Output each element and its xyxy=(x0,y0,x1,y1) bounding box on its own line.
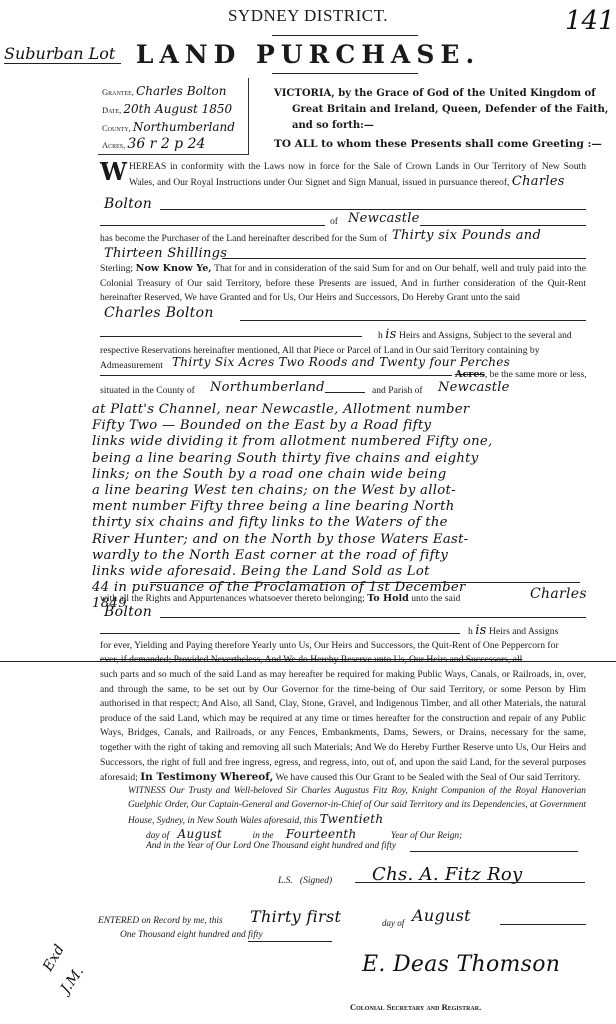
his-hand: is xyxy=(475,623,486,638)
year-line: And in the Year of Our Lord One Thousand… xyxy=(146,841,396,851)
day-hand: Twentieth xyxy=(320,812,384,826)
reserve-text: such parts and so much of the said Land … xyxy=(100,669,586,783)
preamble-line-3: and so forth:— xyxy=(274,118,608,134)
holder-hand-2: Bolton xyxy=(104,604,152,620)
fill-line xyxy=(248,941,332,942)
fill-line xyxy=(100,375,452,376)
fill-line xyxy=(100,633,460,634)
greeting: TO ALL to whom these Presents shall come… xyxy=(274,138,602,150)
description-line: a line bearing West ten chains; on the W… xyxy=(92,483,592,499)
entered-label: ENTERED on Record by me, this xyxy=(98,916,223,926)
fill-line xyxy=(240,320,586,321)
fill-line xyxy=(355,882,585,883)
grantee-hand: Charles Bolton xyxy=(104,305,214,321)
description-line: at Platt's Channel, near Newcastle, Allo… xyxy=(92,402,592,418)
of-label: of xyxy=(330,215,338,230)
summary-box: Grantee, Charles Bolton Date, 20th Augus… xyxy=(98,78,249,155)
margin-initials-2: J.M. xyxy=(58,964,88,997)
grantee-value: Charles Bolton xyxy=(136,84,226,98)
area-hand: Thirty Six Acres Two Roods and Twenty fo… xyxy=(172,355,510,369)
heirs-line: h is Heirs and Assigns, Subject to the s… xyxy=(378,328,572,344)
registrar-title: Colonial Secretary and Registrar. xyxy=(350,1002,481,1012)
purchaser-hand-2: Bolton xyxy=(104,196,152,212)
divider xyxy=(272,73,418,74)
fill-line xyxy=(100,225,325,226)
description-line: Fifty Two — Bounded on the East by a Roa… xyxy=(92,418,592,434)
preamble: VICTORIA, by the Grace of God of the Uni… xyxy=(274,86,608,134)
entered-day-of: day of xyxy=(382,918,404,928)
entered-year: One Thousand eight hundred and fifty xyxy=(120,930,263,940)
rights-line: with all the Rights and Appurtenances wh… xyxy=(100,592,460,607)
sum-hand-2: Thirteen Shillings xyxy=(104,246,227,261)
description-line: wardly to the North East corner at the r… xyxy=(92,548,592,564)
in-the-label: in the xyxy=(252,831,273,841)
rights-text: with all the Rights and Appurtenances wh… xyxy=(100,593,365,604)
day-of-label: day of xyxy=(146,831,169,841)
reserve-paragraph: such parts and so much of the said Land … xyxy=(100,668,586,786)
county-value: Northumberland xyxy=(133,120,235,134)
in-testimony: In Testimony Whereof, xyxy=(140,771,273,783)
reign-label: Year of Our Reign; xyxy=(391,831,462,841)
description-line: thirty six chains and fifty links to the… xyxy=(92,515,592,531)
district-heading: SYDNEY DISTRICT. xyxy=(0,6,616,26)
acres-word: Acres xyxy=(455,369,485,380)
admeasurement-label: Admeasurement xyxy=(100,359,163,374)
fill-line xyxy=(500,924,586,925)
now-know-ye: Now Know Ye, xyxy=(136,263,212,274)
description-line: links wide aforesaid. Being the Land Sol… xyxy=(92,564,592,580)
fill-line xyxy=(325,392,365,393)
margin-initials-1: Exd xyxy=(40,942,68,974)
preamble-line-1: VICTORIA, by the Grace of God of the Uni… xyxy=(274,86,608,102)
county-label: County, xyxy=(102,123,131,133)
more-or-less: , be the same more or less, xyxy=(485,369,587,380)
acres-value: 36 r 2 p 24 xyxy=(127,136,205,152)
margin-note: Suburban Lot xyxy=(4,44,121,64)
parish-label: and Parish of xyxy=(372,384,423,399)
ls-label: L.S. xyxy=(278,876,293,886)
purchaser-text: has become the Purchaser of the Land her… xyxy=(100,232,387,247)
holder-hand-1: Charles xyxy=(530,586,587,602)
yielding-text: for ever, Yielding and Paying therefore … xyxy=(100,639,586,654)
situated-label: situated in the County of xyxy=(100,384,195,399)
divider xyxy=(272,35,418,36)
registrar-signature: E. Deas Thomson xyxy=(362,952,560,977)
folio-number: 141 xyxy=(565,6,615,36)
witness-block: WITNESS Our Trusty and Well-beloved Sir … xyxy=(128,784,586,829)
description-line: ment number Fifty three being a line bea… xyxy=(92,499,592,515)
his-hand: is xyxy=(385,327,396,342)
whereas-paragraph: W HEREAS in conformity with the Laws now… xyxy=(100,160,586,190)
purchaser-hand-1: Charles xyxy=(512,174,565,189)
residence-hand: Newcastle xyxy=(348,211,420,226)
reign-hand: Fourteenth xyxy=(286,827,357,841)
strike-through-line xyxy=(0,661,616,662)
description-line: River Hunter; and on the North by those … xyxy=(92,532,592,548)
heirs-text: Heirs and Assigns, Subject to the severa… xyxy=(399,330,572,341)
reign-line: day of August in the Fourteenth Year of … xyxy=(146,827,462,841)
fill-line xyxy=(222,258,586,259)
acres-label: Acres, xyxy=(102,140,125,150)
parish-hand: Newcastle xyxy=(438,380,510,395)
county-hand: Northumberland xyxy=(210,380,325,395)
sterling-label: Sterling; xyxy=(100,263,133,274)
heirs-assigns-line: h is Heirs and Assigns xyxy=(468,624,558,640)
description-line: being a line bearing South thirty five c… xyxy=(92,451,592,467)
fill-line xyxy=(160,617,586,618)
fill-line xyxy=(410,851,578,852)
fill-line xyxy=(150,582,580,583)
to-hold: To Hold xyxy=(367,593,409,604)
drop-cap: W xyxy=(100,160,127,184)
fill-line xyxy=(160,209,586,210)
heirs-assigns: Heirs and Assigns xyxy=(489,626,558,637)
sterling-paragraph: Sterling; Now Know Ye, That for and in c… xyxy=(100,262,586,306)
entered-day-hand: Thirty first xyxy=(250,907,341,926)
description-line: links wide dividing it from allotment nu… xyxy=(92,434,592,450)
testimony-text: We have caused this Our Grant to be Seal… xyxy=(275,772,580,783)
description-line: links; on the South by a road one chain … xyxy=(92,467,592,483)
fill-line xyxy=(420,225,586,226)
unto-said: unto the said xyxy=(411,593,460,604)
signed-label: (Signed) xyxy=(300,876,332,886)
month-hand: August xyxy=(178,827,223,841)
sum-hand-1: Thirty six Pounds and xyxy=(392,228,541,243)
grantee-label: Grantee, xyxy=(102,87,134,97)
date-value: 20th August 1850 xyxy=(123,102,232,116)
signature-line: L.S. (Signed) xyxy=(278,876,332,886)
date-label: Date, xyxy=(102,105,121,115)
preamble-line-2: Great Britain and Ireland, Queen, Defend… xyxy=(274,102,608,118)
fill-line xyxy=(100,336,362,337)
entered-month-hand: August xyxy=(412,906,471,925)
